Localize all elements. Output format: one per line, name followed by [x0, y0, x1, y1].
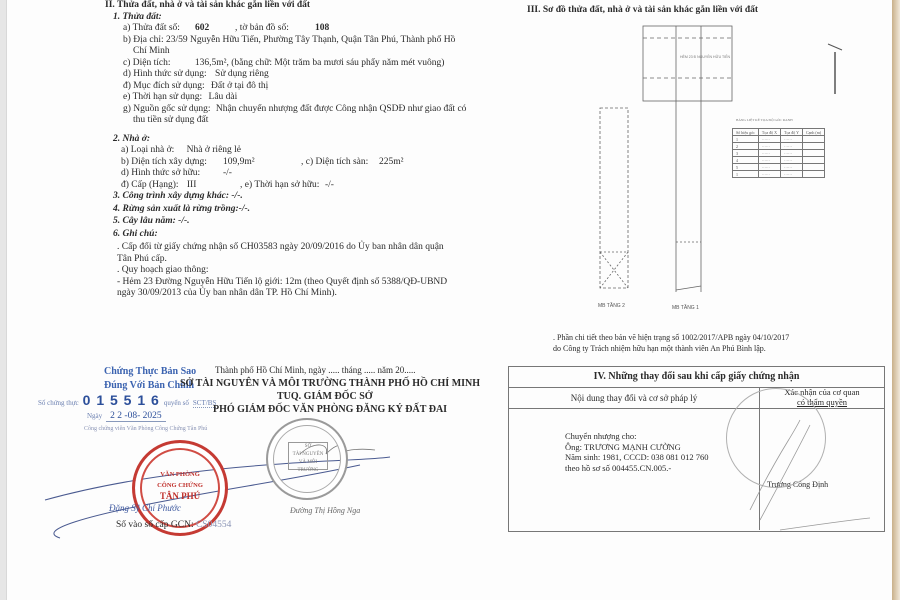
section2-heading: II. Thửa đất, nhà ở và tài sản khác gắn …	[105, 0, 505, 12]
address-line2: Chí Minh	[105, 46, 505, 58]
ownership-form-row: d) Hình thức sở hữu: -/-	[105, 168, 505, 180]
coord-header: Tọa độ X	[758, 129, 780, 136]
note-line: Tân Phú cấp.	[105, 254, 505, 266]
note-line: . Cấp đổi từ giấy chứng nhận số CH03583 …	[105, 242, 505, 254]
house-type-label: a) Loại nhà ở:	[121, 145, 174, 155]
grade-label: đ) Cấp (Hạng):	[121, 180, 179, 190]
confirm-signature-strokes	[720, 410, 880, 540]
note-line: ngày 30/09/2013 của Ủy ban nhân dân TP. …	[105, 288, 505, 300]
note-line: . Quy hoạch giao thông:	[105, 265, 505, 277]
floor1-label: MB TẦNG 1	[672, 304, 699, 311]
grade-row: đ) Cấp (Hạng): III , e) Thời hạn sở hữu:…	[105, 180, 505, 192]
change-entry: Chuyển nhượng cho: Ông: TRƯƠNG MẠNH CƯỜN…	[565, 431, 709, 473]
house-type-row: a) Loại nhà ở: Nhà ở riêng lẻ	[105, 145, 505, 157]
floor-area-label: , c) Diện tích sàn:	[301, 157, 368, 169]
house-type-value: Nhà ở riêng lẻ	[177, 145, 241, 155]
issuer-line1: SỞ TÀI NGUYÊN VÀ MÔI TRƯỜNG THÀNH PHỐ HỒ…	[180, 378, 480, 390]
term-value: Lâu dài	[205, 92, 238, 102]
notary-stamp-line: VĂN PHÒNG	[149, 469, 211, 480]
coord-row: 2	[733, 143, 759, 150]
address-value: 23/59 Nguyễn Hữu Tiến, Phường Tây Thạnh,…	[166, 35, 455, 45]
ownership-term-label: , e) Thời hạn sở hữu:	[240, 180, 319, 192]
gcn-register: Số vào sổ cấp GCN: CS04554	[116, 520, 231, 532]
area-label: c) Diện tích:	[123, 58, 170, 68]
coord-row: 4	[733, 157, 759, 164]
coord-row: 3	[733, 150, 759, 157]
department-stamp: SỞ TÀI NGUYÊN VÀ MÔI TRƯỜNG	[266, 418, 348, 500]
perennial-trees: 5. Cây lâu năm: -/-.	[105, 216, 505, 228]
section4-heading: IV. Những thay đổi sau khi cấp giấy chứn…	[509, 367, 884, 388]
parcel-label: a) Thửa đất số:	[123, 23, 180, 33]
floor-area-value: 225m²	[379, 157, 404, 169]
parcel-no: 602	[195, 23, 209, 35]
book-label: quyển số	[164, 399, 189, 407]
coord-table: Số hiệu góc Tọa độ X Tọa độ Y Cạnh (m) 1…	[732, 128, 825, 178]
plan-footnote-line1: . Phần chi tiết theo bản vẽ hiện trạng s…	[553, 333, 789, 343]
origin-label: g) Nguồn gốc sử dụng:	[123, 104, 210, 114]
coord-row: 1	[733, 136, 759, 143]
change-entry-line: Ông: TRƯƠNG MẠNH CƯỜNG	[565, 442, 709, 453]
place-date: Thành phố Hồ Chí Minh, ngày ..... tháng …	[215, 365, 415, 377]
purpose-label: đ) Mục đích sử dụng:	[123, 81, 205, 91]
gcn-register-label: Số vào sổ cấp GCN:	[116, 520, 194, 530]
parcel-row: a) Thửa đất số: 602 , tờ bản đồ số: 108	[105, 23, 505, 35]
build-area-label: b) Diện tích xây dựng:	[121, 157, 207, 167]
area-row: c) Diện tích: 136,5m², (bằng chữ: Một tr…	[105, 58, 505, 70]
origin-row: g) Nguồn gốc sử dụng: Nhận chuyển nhượng…	[105, 104, 505, 116]
coord-row: 5	[733, 164, 759, 171]
use-form-value: Sử dụng riêng	[209, 69, 269, 79]
dept-stamp-line: VÀ MÔI TRƯỜNG	[289, 459, 327, 475]
section3-heading: III. Sơ đồ thửa đất, nhà ở và tài sản kh…	[527, 5, 758, 17]
use-form-row: d) Hình thức sử dụng: Sử dụng riêng	[105, 69, 505, 81]
area-value: 136,5m², (bằng chữ: Một trăm ba mươi sáu…	[173, 58, 445, 68]
dept-stamp-line: TÀI NGUYÊN	[289, 451, 327, 459]
other-construction: 3. Công trình xây dựng khác: -/-.	[105, 191, 505, 203]
gcn-register-value: CS04554	[196, 520, 231, 530]
notary-stamp-line: CÔNG CHỨNG	[149, 480, 211, 491]
cert-date-value: 2 2 -08- 2025	[106, 411, 165, 422]
page-edge-right	[892, 0, 900, 600]
ownership-form-label: d) Hình thức sở hữu:	[121, 168, 200, 178]
cert-date-label: Ngày	[87, 412, 102, 420]
col-content-header: Nội dung thay đổi và cơ sở pháp lý	[509, 388, 759, 408]
dept-stamp-line: SỞ	[289, 443, 327, 451]
notes-title: 6. Ghi chú:	[105, 229, 505, 241]
issuer-line2: TUQ. GIÁM ĐỐC SỞ	[277, 391, 373, 403]
term-label: e) Thời hạn sử dụng:	[123, 92, 202, 102]
coord-header: Số hiệu góc	[733, 129, 759, 136]
map-sheet-label: , tờ bản đồ số:	[235, 23, 289, 35]
changes-header-row: Nội dung thay đổi và cơ sở pháp lý Xác n…	[509, 388, 884, 409]
house-title: 2. Nhà ở:	[105, 134, 505, 146]
build-area-value: 109,9m²	[223, 157, 255, 169]
ownership-term-value: -/-	[325, 180, 334, 192]
notary-stamp-line: TÂN PHÚ	[149, 491, 211, 502]
use-form-label: d) Hình thức sử dụng:	[123, 69, 207, 79]
build-area-row: b) Diện tích xây dựng: 109,9m² , c) Diện…	[105, 157, 505, 169]
section-land-house: II. Thửa đất, nhà ở và tài sản khác gắn …	[105, 0, 505, 300]
notary-signature: Đặng Sỹ Chí Phước	[109, 503, 181, 515]
certified-copy-line1: Chứng Thực Bản Sao	[104, 366, 196, 378]
cert-no-label: Số chứng thực	[38, 399, 79, 407]
change-entry-line: Chuyển nhượng cho:	[565, 431, 709, 442]
page-edge-left	[0, 0, 7, 600]
purpose-row: đ) Mục đích sử dụng: Đất ở tại đô thị	[105, 81, 505, 93]
coord-row: 1	[733, 171, 759, 178]
change-entry-line: theo hồ sơ số 004455.CN.005.-	[565, 463, 709, 474]
issuer-signature: Đường Thị Hồng Nga	[290, 505, 360, 517]
issuer-line3: PHÓ GIÁM ĐỐC VĂN PHÒNG ĐĂNG KÝ ĐẤT ĐAI	[213, 404, 447, 416]
floor2-label: MB TẦNG 2	[598, 302, 625, 309]
origin-value: Nhận chuyển nhượng đất được Công nhận QS…	[213, 104, 467, 114]
ownership-form-value: -/-	[223, 168, 232, 180]
street-label: HẺM 23 Đ NGUYỄN HỮU TIẾN	[680, 54, 730, 59]
purpose-value: Đất ở tại đô thị	[207, 81, 268, 91]
land-title: 1. Thửa đất:	[105, 12, 505, 24]
grade-value: III	[181, 180, 197, 190]
map-sheet-no: 108	[315, 23, 329, 35]
production-forest: 4. Rừng sản xuất là rừng trồng:-/-.	[105, 204, 505, 216]
plan-footnote-line2: do Công ty Trách nhiệm hữu hạn một thành…	[553, 344, 766, 354]
address-label: b) Địa chỉ:	[123, 35, 164, 45]
coord-table-title: BẢNG LIỆT KÊ TỌA ĐỘ GÓC RANH	[736, 118, 793, 122]
term-row: e) Thời hạn sử dụng: Lâu dài	[105, 92, 505, 104]
change-entry-line: Năm sinh: 1981, CCCD: 038 081 012 760	[565, 452, 709, 463]
address-row: b) Địa chỉ: 23/59 Nguyễn Hữu Tiến, Phườn…	[105, 35, 505, 47]
note-line: - Hẻm 23 Đường Nguyễn Hữu Tiến lộ giới: …	[105, 277, 505, 289]
cert-date-row: Ngày 2 2 -08- 2025	[87, 405, 166, 423]
coord-header: Tọa độ Y	[781, 129, 803, 136]
coord-header: Cạnh (m)	[802, 129, 824, 136]
origin-line2: thu tiền sử dụng đất	[105, 115, 505, 127]
